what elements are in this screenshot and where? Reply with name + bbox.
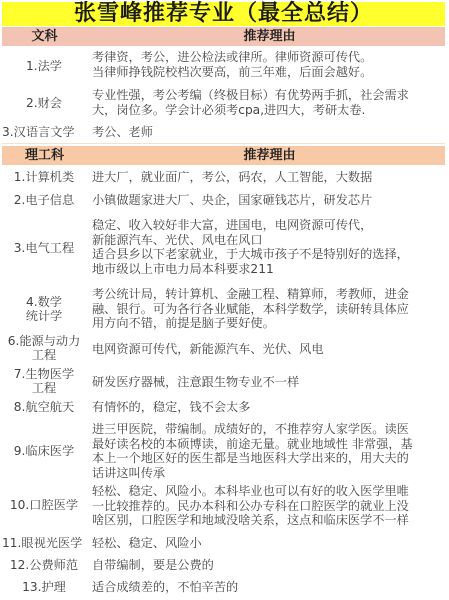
major-reason: 轻松、稳定、风险小 bbox=[92, 536, 443, 551]
ligong-reason-header: 推荐理由 bbox=[94, 146, 445, 165]
reason-line: 进大厂，就业面广，考公，码农，人工智能，大数据 bbox=[92, 170, 443, 185]
reason-line: 一比较推荐的。民办本科和公办专科在口腔医学的就业上没 bbox=[92, 499, 443, 514]
major-reason: 自带编制，要是公费的 bbox=[92, 558, 443, 573]
ligong-header-label: 理工科 bbox=[2, 146, 87, 165]
major-line: 工程 bbox=[0, 381, 88, 395]
major-name: 1.计算机类 bbox=[0, 170, 88, 184]
reason-line: 有情怀的，稳定，钱不会太多 bbox=[92, 400, 443, 415]
table-row: 3.电气工程 稳定、收入较好非大富，进国电，电网资源可传代， 新能源汽车、光伏、… bbox=[0, 218, 449, 280]
reason-line: 自带编制，要是公费的 bbox=[92, 558, 443, 573]
reason-line: 用方向不错，前提是脑子要好使。 bbox=[92, 316, 443, 331]
table-row: 11.眼视光医学 轻松、稳定、风险小 bbox=[0, 536, 449, 552]
reason-line: 新能源汽车、光伏、风电在风口 bbox=[92, 233, 443, 248]
wenke-reason-header: 推荐理由 bbox=[94, 27, 445, 46]
major-name: 11.眼视光医学 bbox=[2, 536, 92, 550]
reason-line: 研发医疗器械，注意跟生物专业不一样 bbox=[92, 375, 443, 390]
reason-line: 进三甲医院，带编制。成绩好的，不推荐穷人家学医。读医 bbox=[92, 422, 443, 437]
table-row: 12.公费师范 自带编制，要是公费的 bbox=[0, 558, 449, 574]
reason-line: 稳定、收入较好非大富，进国电，电网资源可传代， bbox=[92, 218, 443, 233]
reason-line: 考律资，考公，进公检法或律所。律师资源可传代。 bbox=[92, 50, 443, 65]
major-name: 9.临床医学 bbox=[0, 444, 88, 458]
major-name: 3.汉语言文学 bbox=[2, 125, 92, 139]
major-reason: 稳定、收入较好非大富，进国电，电网资源可传代， 新能源汽车、光伏、风电在风口 适… bbox=[92, 218, 443, 276]
major-reason: 考律资，考公，进公检法或律所。律师资源可传代。 当律师挣钱院校档次要高，前三年难… bbox=[92, 50, 443, 79]
major-line: 4.数学 bbox=[0, 295, 88, 309]
table-row: 3.汉语言文学 考公、老师 bbox=[0, 125, 449, 141]
reason-line: 考公统计局，转计算机、金融工程、精算师，考教师，进金 bbox=[92, 287, 443, 302]
major-line: 统计学 bbox=[0, 309, 88, 323]
major-reason: 考公统计局，转计算机、金融工程、精算师，考教师，进金 融、银行。可为各行各业赋能… bbox=[92, 287, 443, 331]
table-row: 9.临床医学 进三甲医院，带编制。成绩好的，不推荐穷人家学医。读医 最好读名校的… bbox=[0, 422, 449, 482]
table-row: 1.计算机类 进大厂，就业面广，考公，码农，人工智能，大数据 bbox=[0, 170, 449, 186]
major-line: 7.生物医学 bbox=[0, 367, 88, 381]
reason-line: 适合成绩差的，不怕辛苦的 bbox=[92, 580, 443, 595]
table-row: 2.电子信息 小镇做题家进大厂、央企，国家砸钱芯片，研发芯片 bbox=[0, 193, 449, 209]
major-name: 13.护理 bbox=[0, 580, 88, 594]
major-line: 6.能源与动力 bbox=[0, 334, 88, 348]
reason-line: 啥区别，口腔医学和地域没啥关系，这点和临床医学不一样 bbox=[92, 513, 443, 528]
reason-line: 考公、老师 bbox=[92, 125, 443, 140]
reason-line: 小镇做题家进大厂、央企，国家砸钱芯片，研发芯片 bbox=[92, 193, 443, 208]
reason-line: 话讲这叫传承 bbox=[92, 466, 443, 481]
reason-line: 融、银行。可为各行各业赋能，本科学数学，读研转具体应 bbox=[92, 302, 443, 317]
reason-line: 专业性强，考公考编（终极目标）有优势两手抓，社会需求 bbox=[92, 88, 443, 103]
major-name: 2.财会 bbox=[0, 96, 88, 110]
major-name: 4.数学 统计学 bbox=[0, 295, 88, 323]
major-reason: 轻松、稳定、风险小。本科毕业也可以有好的收入医学里唯 一比较推荐的。民办本科和公… bbox=[92, 484, 443, 528]
major-line: 工程 bbox=[0, 348, 88, 362]
major-name: 2.电子信息 bbox=[0, 193, 88, 207]
wenke-header-label: 文科 bbox=[2, 27, 87, 46]
reason-line: 大，岗位多。学会计必须考cpa,进四大，考研太卷. bbox=[92, 103, 443, 118]
reason-line: 地市级以上市电力局本科要求211 bbox=[92, 262, 443, 277]
major-name: 10.口腔医学 bbox=[0, 498, 88, 512]
major-reason: 进大厂，就业面广，考公，码农，人工智能，大数据 bbox=[92, 170, 443, 185]
major-name: 12.公费师范 bbox=[0, 558, 88, 572]
table-row: 13.护理 适合成绩差的，不怕辛苦的 bbox=[0, 580, 449, 596]
reason-line: 最好读名校的本硕博读，前途无量。就业地域性 非常强，基 bbox=[92, 437, 443, 452]
table-row: 1.法学 考律资，考公，进公检法或律所。律师资源可传代。 当律师挣钱院校档次要高… bbox=[0, 50, 449, 82]
reason-line: 当律师挣钱院校档次要高，前三年难，后面会越好。 bbox=[92, 65, 443, 80]
major-reason: 考公、老师 bbox=[92, 125, 443, 140]
major-reason: 专业性强，考公考编（终极目标）有优势两手抓，社会需求 大，岗位多。学会计必须考c… bbox=[92, 88, 443, 117]
table-row: 4.数学 统计学 考公统计局，转计算机、金融工程、精算师，考教师，进金 融、银行… bbox=[0, 287, 449, 333]
major-name: 6.能源与动力 工程 bbox=[0, 334, 88, 362]
table-row: 8.航空航天 有情怀的，稳定，钱不会太多 bbox=[0, 400, 449, 416]
major-reason: 适合成绩差的，不怕辛苦的 bbox=[92, 580, 443, 595]
table-row: 2.财会 专业性强，考公考编（终极目标）有优势两手抓，社会需求 大，岗位多。学会… bbox=[0, 88, 449, 120]
major-name: 8.航空航天 bbox=[0, 400, 88, 414]
table-row: 6.能源与动力 工程 电网资源可传代，新能源汽车、光伏、风电 bbox=[0, 334, 449, 364]
major-reason: 研发医疗器械，注意跟生物专业不一样 bbox=[92, 375, 443, 390]
major-reason: 进三甲医院，带编制。成绩好的，不推荐穷人家学医。读医 最好读名校的本硕博读，前途… bbox=[92, 422, 443, 480]
major-reason: 电网资源可传代，新能源汽车、光伏、风电 bbox=[92, 342, 443, 357]
reason-line: 适合县乡以下老家就业，于大城市孩子不是特别好的选择， bbox=[92, 247, 443, 262]
table-row: 10.口腔医学 轻松、稳定、风险小。本科毕业也可以有好的收入医学里唯 一比较推荐… bbox=[0, 484, 449, 529]
divider bbox=[2, 143, 445, 144]
wenke-header: 文科 推荐理由 bbox=[2, 27, 445, 46]
reason-line: 电网资源可传代，新能源汽车、光伏、风电 bbox=[92, 342, 443, 357]
major-reason: 有情怀的，稳定，钱不会太多 bbox=[92, 400, 443, 415]
major-reason: 小镇做题家进大厂、央企，国家砸钱芯片，研发芯片 bbox=[92, 193, 443, 208]
major-name: 3.电气工程 bbox=[0, 241, 88, 255]
ligong-header: 理工科 推荐理由 bbox=[2, 146, 445, 165]
major-name: 7.生物医学 工程 bbox=[0, 367, 88, 395]
table-row: 7.生物医学 工程 研发医疗器械，注意跟生物专业不一样 bbox=[0, 367, 449, 397]
page-title: 张雪峰推荐专业（最全总结） bbox=[2, 2, 445, 26]
major-name: 1.法学 bbox=[0, 59, 88, 73]
reason-line: 轻松、稳定、风险小。本科毕业也可以有好的收入医学里唯 bbox=[92, 484, 443, 499]
reason-line: 本上一个地区好的医生都是当地医科大学出来的，用大夫的 bbox=[92, 451, 443, 466]
reason-line: 轻松、稳定、风险小 bbox=[92, 536, 443, 551]
